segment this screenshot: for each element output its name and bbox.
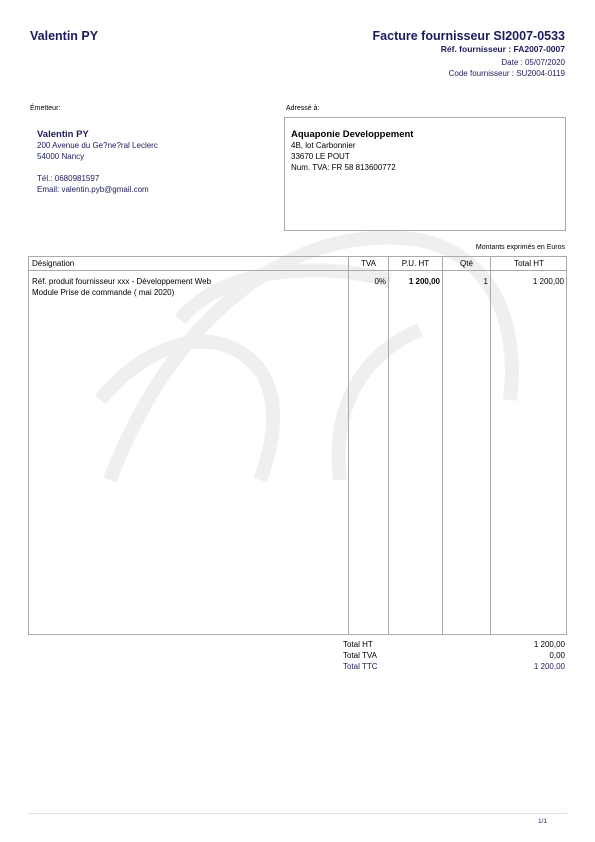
totals-values: 1 200,00 0,00 1 200,00 <box>534 639 565 672</box>
supplier-ref: Réf. fournisseur : FA2007-0007 <box>441 44 565 54</box>
invoice-date: Date : 05/07/2020 <box>501 58 565 67</box>
footer-divider <box>28 813 567 814</box>
table-row-pu-ht: 1 200,00 <box>389 276 440 287</box>
sender-phone: Tél.: 0680981597 <box>37 173 158 184</box>
company-name: Valentin PY <box>30 29 98 43</box>
recipient-address-line2: 33670 LE POUT <box>291 151 413 162</box>
supplier-code: Code fournisseur : SU2004-0119 <box>449 69 565 78</box>
total-ttc-label: Total TTC <box>343 661 378 672</box>
page-number: 1/1 <box>538 818 547 825</box>
table-row-designation: Réf. produit fournisseur xxx - Développe… <box>32 276 211 298</box>
column-divider <box>388 257 389 634</box>
recipient-block: Aquaponie Developpement 4B, lot Carbonni… <box>291 129 413 173</box>
sender-name: Valentin PY <box>37 129 158 140</box>
total-ttc-value: 1 200,00 <box>534 661 565 672</box>
sender-email: Email: valentin.pyb@gmail.com <box>37 184 158 195</box>
recipient-label: Adressé à: <box>286 105 319 112</box>
designation-line1: Réf. produit fournisseur xxx - Développe… <box>32 276 211 287</box>
sender-address-line2: 54000 Nancy <box>37 151 158 162</box>
designation-line2: Module Prise de commande ( mai 2020) <box>32 287 211 298</box>
table-row-tva: 0% <box>349 276 386 287</box>
col-header-designation: Désignation <box>32 259 74 268</box>
totals-labels: Total HT Total TVA Total TTC <box>343 639 378 672</box>
recipient-name: Aquaponie Developpement <box>291 129 413 140</box>
sender-address-line1: 200 Avenue du Ge?ne?ral Leclerc <box>37 140 158 151</box>
table-row-qty: 1 <box>443 276 488 287</box>
header-divider <box>29 270 566 271</box>
total-ht-value: 1 200,00 <box>534 639 565 650</box>
recipient-vat: Num. TVA: FR 58 813600772 <box>291 162 413 173</box>
sender-label: Émetteur: <box>30 105 60 112</box>
col-header-total-ht: Total HT <box>491 259 567 268</box>
recipient-address-line1: 4B, lot Carbonnier <box>291 140 413 151</box>
total-tva-value: 0,00 <box>534 650 565 661</box>
col-header-pu-ht: P.U. HT <box>389 259 442 268</box>
table-row-total-ht: 1 200,00 <box>491 276 564 287</box>
currency-note: Montants exprimés en Euros <box>476 244 565 251</box>
col-header-qty: Qté <box>443 259 490 268</box>
column-divider <box>442 257 443 634</box>
total-ht-label: Total HT <box>343 639 378 650</box>
sender-block: Valentin PY 200 Avenue du Ge?ne?ral Lecl… <box>37 129 158 195</box>
column-divider <box>490 257 491 634</box>
invoice-title: Facture fournisseur SI2007-0533 <box>373 29 565 43</box>
items-table: Désignation TVA P.U. HT Qté Total HT Réf… <box>28 256 567 635</box>
col-header-tva: TVA <box>349 259 388 268</box>
column-divider <box>348 257 349 634</box>
total-tva-label: Total TVA <box>343 650 378 661</box>
